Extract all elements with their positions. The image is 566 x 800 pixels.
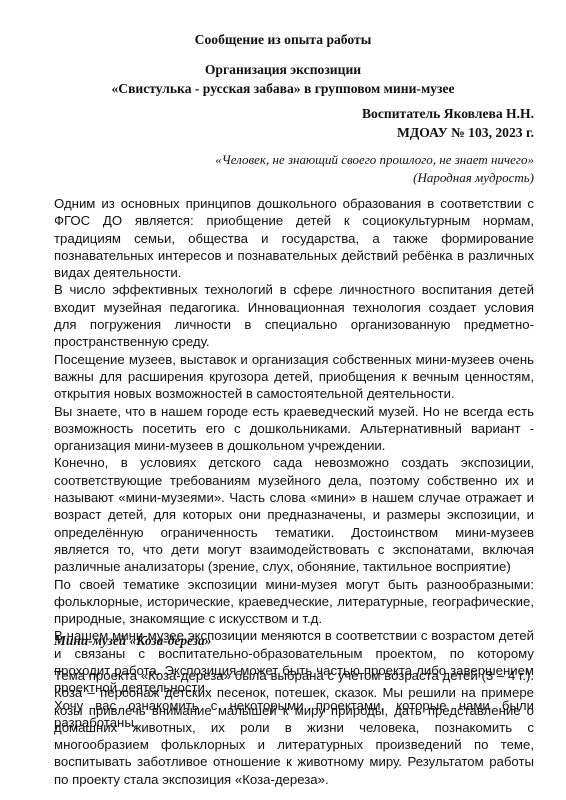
document-title: Сообщение из опыта работы xyxy=(0,32,566,48)
section-body: Тема проекта «Коза-дереза» была выбрана … xyxy=(54,667,534,788)
paragraph: Посещение музеев, выставок и организация… xyxy=(54,351,534,403)
author-institution: МДОАУ № 103, 2023 г. xyxy=(397,125,534,141)
paragraph: Вы знаете, что в нашем городе есть краев… xyxy=(54,403,534,455)
epigraph-quote: «Человек, не знающий своего прошлого, не… xyxy=(215,152,534,168)
body-text: Одним из основных принципов дошкольного … xyxy=(54,195,534,731)
section-heading: Мини-музей «Коза-дереза» xyxy=(54,633,211,649)
document-subtitle-line2: «Свистулька - русская забава» в группово… xyxy=(0,81,566,97)
author-name: Воспитатель Яковлева Н.Н. xyxy=(362,106,534,122)
paragraph: Тема проекта «Коза-дереза» была выбрана … xyxy=(54,667,534,788)
document-subtitle-line1: Организация экспозиции xyxy=(0,62,566,78)
paragraph: Одним из основных принципов дошкольного … xyxy=(54,195,534,281)
epigraph-source: (Народная мудрость) xyxy=(413,170,534,186)
paragraph: В число эффективных технологий в сфере л… xyxy=(54,281,534,350)
paragraph: Конечно, в условиях детского сада невозм… xyxy=(54,454,534,575)
paragraph: По своей тематике экспозиции мини-музея … xyxy=(54,576,534,628)
